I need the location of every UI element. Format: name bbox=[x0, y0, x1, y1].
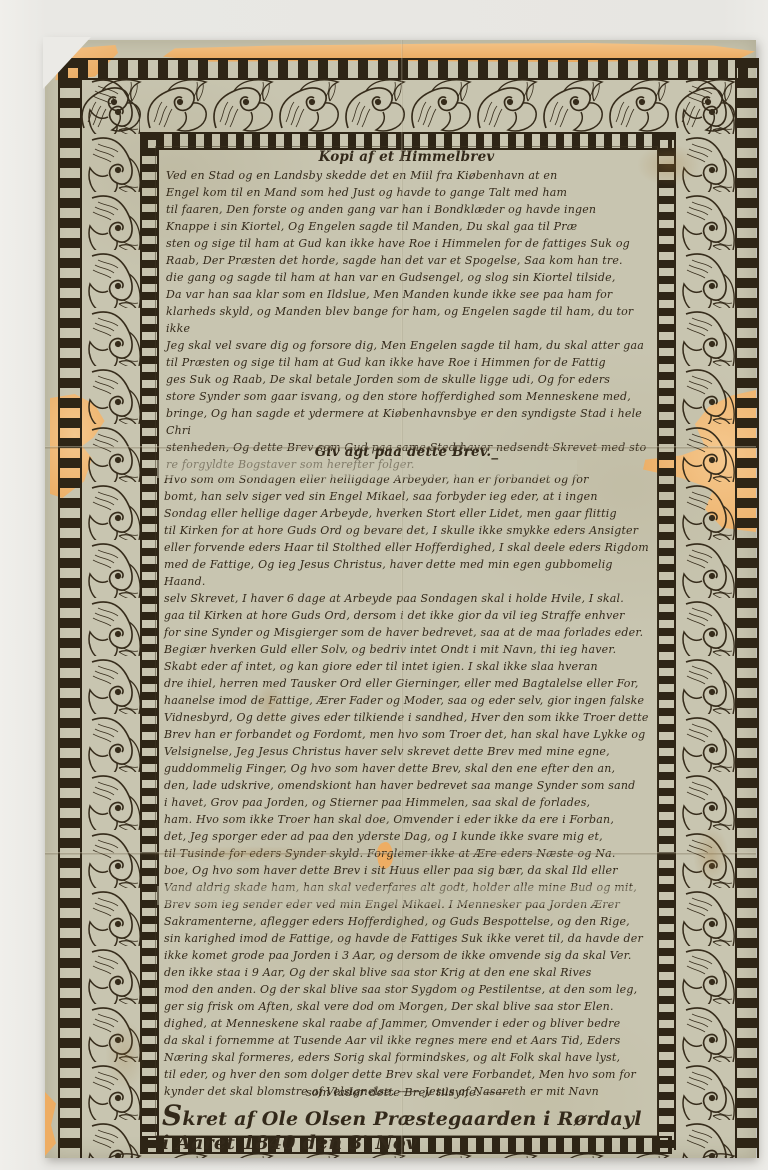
stain-spot bbox=[105, 1020, 145, 1090]
stain-spot bbox=[637, 144, 701, 186]
letter-intro-paragraph: Ved en Stad og en Landsby skedde det en … bbox=[166, 167, 653, 473]
floral-border-top bbox=[78, 76, 735, 132]
document-paper: Kopi af et Himmelbrev Ved en Stad og en … bbox=[45, 40, 756, 1158]
stain-spot bbox=[141, 846, 351, 862]
letter-text-frame: Kopi af et Himmelbrev Ved en Stad og en … bbox=[155, 146, 658, 1136]
outer-checker-border-right bbox=[735, 58, 759, 1158]
tear-bottom-left bbox=[45, 1092, 56, 1156]
fold-crease-vertical bbox=[401, 40, 403, 1158]
inner-checker-border-right bbox=[657, 132, 676, 1150]
floral-border-right bbox=[672, 76, 735, 1158]
faded-text-patch-lower bbox=[157, 886, 655, 905]
floral-border-left bbox=[78, 76, 140, 1158]
letter-signature-line: Skret af Ole Olsen Præstegaarden i Rørda… bbox=[162, 1099, 651, 1154]
letter-title: Kopi af et Himmelbrev bbox=[156, 149, 657, 165]
letter-closing-line: som lader dette Brev tilsyne. —— bbox=[156, 1085, 657, 1099]
faded-text-patch-upper bbox=[157, 460, 577, 478]
letter-body-paragraph: Hvo som om Sondagen eller helligdage Arb… bbox=[164, 471, 653, 1100]
scan-background: { "letter": { "title": "Kopi af et Himme… bbox=[0, 0, 768, 1170]
stain-spot bbox=[255, 680, 285, 726]
stain-spot bbox=[693, 826, 729, 884]
